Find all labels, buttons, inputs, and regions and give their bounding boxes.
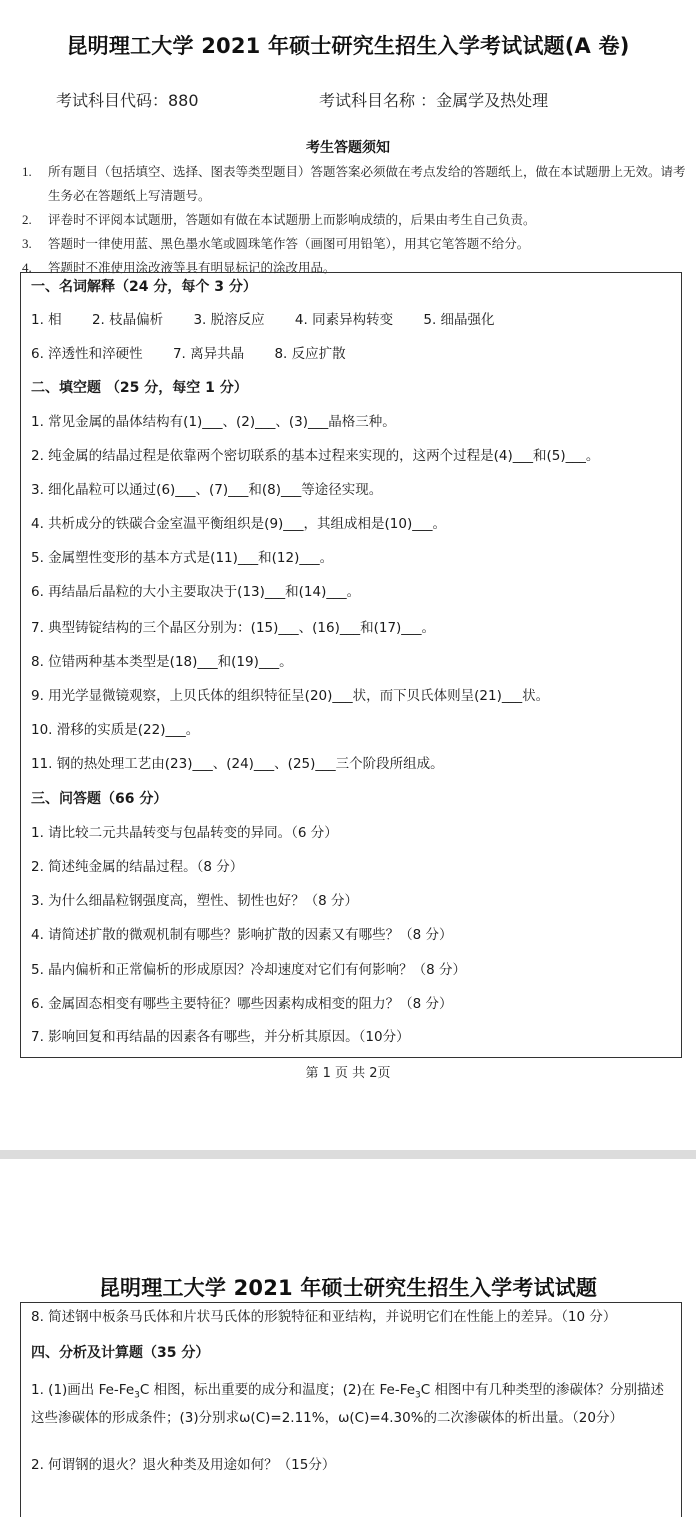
fill-blank-item: 8. 位错两种基本类型是(18)___和(19)___。 (31, 652, 676, 672)
term-item: 7. 离异共晶 (173, 344, 244, 364)
exam-page-1: 昆明理工大学 2021 年硕士研究生招生入学考试试题(A 卷) 考试科目代码：8… (0, 0, 696, 1150)
question-box-page-1: 一、名词解释（24 分，每个 3 分） 1. 相 2. 枝晶偏析 3. 脱溶反应… (20, 272, 682, 1058)
notice-item: 2. 评卷时不评阅本试题册，答题如有做在本试题册上而影响成绩的，后果由考生自己负… (0, 208, 696, 232)
fill-blank-item: 2. 纯金属的结晶过程是依靠两个密切联系的基本过程来实现的，这两个过程是(4)_… (31, 446, 676, 466)
question-text: C 相图，标出重要的成分和温度；(2)在 Fe-Fe (140, 1382, 415, 1398)
notice-title: 考生答题须知 (0, 137, 696, 157)
qa-item: 7. 影响回复和再结晶的因素各有哪些，并分析其原因。（10分） (31, 1027, 676, 1047)
term-item: 1. 相 (31, 310, 62, 330)
fill-blank-item: 7. 典型铸锭结构的三个晶区分别为：(15)___、(16)___和(17)__… (31, 618, 676, 638)
term-item: 6. 淬透性和淬硬性 (31, 344, 143, 364)
fill-blank-item: 11. 钢的热处理工艺由(23)___、(24)___、(25)___三个阶段所… (31, 754, 676, 774)
qa-item: 8. 简述钢中板条马氏体和片状马氏体的形貌特征和亚结构，并说明它们在性能上的差异… (31, 1307, 676, 1327)
qa-item: 3. 为什么细晶粒钢强度高，塑性、韧性也好？（8 分） (31, 891, 676, 911)
notice-item: 1. 所有题目（包括填空、选择、图表等类型题目）答题答案必须做在考点发给的答题纸… (0, 160, 696, 208)
qa-item: 4. 请简述扩散的微观机制有哪些？影响扩散的因素又有哪些？（8 分） (31, 925, 676, 945)
notice-number: 1. (22, 160, 32, 184)
notice-number: 2. (22, 208, 32, 232)
fill-blank-item: 6. 再结晶后晶粒的大小主要取决于(13)___和(14)___。 (31, 582, 676, 602)
fill-blank-item: 10. 滑移的实质是(22)___。 (31, 720, 676, 740)
section-heading-analysis: 四、分析及计算题（35 分） (31, 1343, 676, 1363)
qa-item: 1. 请比较二元共晶转变与包晶转变的异同。（6 分） (31, 823, 676, 843)
fill-blank-item: 3. 细化晶粒可以通过(6)___、(7)___和(8)___等途径实现。 (31, 480, 676, 500)
subject-code: 考试科目代码：880 (56, 88, 199, 111)
term-item: 4. 同素异构转变 (295, 310, 393, 330)
analysis-question-2: 2. 何谓钢的退火？退火种类及用途如何？（15分） (31, 1455, 676, 1475)
subject-info: 考试科目代码：880 考试科目名称 ：金属学及热处理 (56, 88, 656, 112)
term-item: 3. 脱溶反应 (193, 310, 264, 330)
term-item: 5. 细晶强化 (423, 310, 494, 330)
question-text: 1. (1)画出 Fe-Fe (31, 1382, 134, 1398)
notice-text: 所有题目（包括填空、选择、图表等类型题目）答题答案必须做在考点发给的答题纸上，做… (48, 160, 688, 208)
section-heading-fill-blank: 二、填空题 （25 分，每空 1 分） (31, 378, 676, 398)
notice-text: 评卷时不评阅本试题册，答题如有做在本试题册上而影响成绩的，后果由考生自己负责。 (48, 208, 688, 232)
qa-item: 2. 简述纯金属的结晶过程。（8 分） (31, 857, 676, 877)
qa-item: 5. 晶内偏析和正常偏析的形成原因？冷却速度对它们有何影响？（8 分） (31, 960, 676, 980)
section-heading-qa: 三、问答题（66 分） (31, 789, 676, 809)
fill-blank-item: 9. 用光学显微镜观察，上贝氏体的组织特征呈(20)___状，而下贝氏体则呈(2… (31, 686, 676, 706)
fill-blank-item: 4. 共析成分的铁碳合金室温平衡组织是(9)___，其组成相是(10)___。 (31, 514, 676, 534)
exam-title: 昆明理工大学 2021 年硕士研究生招生入学考试试题(A 卷) (0, 30, 696, 60)
fill-blank-item: 5. 金属塑性变形的基本方式是(11)___和(12)___。 (31, 548, 676, 568)
fill-blank-item: 1. 常见金属的晶体结构有(1)___、(2)___、(3)___晶格三种。 (31, 412, 676, 432)
notice-number: 3. (22, 232, 32, 256)
section-heading-terms: 一、名词解释（24 分，每个 3 分） (31, 277, 676, 297)
terms-row-2: 6. 淬透性和淬硬性 7. 离异共晶 8. 反应扩散 (31, 344, 676, 364)
subject-name: 考试科目名称 ：金属学及热处理 (319, 88, 548, 111)
question-box-page-2: 8. 简述钢中板条马氏体和片状马氏体的形貌特征和亚结构，并说明它们在性能上的差异… (20, 1302, 682, 1517)
exam-page-2: 昆明理工大学 2021 年硕士研究生招生入学考试试题 8. 简述钢中板条马氏体和… (0, 1159, 696, 1517)
notice-text: 答题时一律使用蓝、黑色墨水笔或圆珠笔作答（画图可用铅笔），用其它笔答题不给分。 (48, 232, 688, 256)
exam-title-page-2: 昆明理工大学 2021 年硕士研究生招生入学考试试题 (0, 1272, 696, 1302)
page-number: 第 1 页 共 2页 (0, 1062, 696, 1081)
notice-list: 1. 所有题目（包括填空、选择、图表等类型题目）答题答案必须做在考点发给的答题纸… (0, 160, 696, 280)
notice-item: 3. 答题时一律使用蓝、黑色墨水笔或圆珠笔作答（画图可用铅笔），用其它笔答题不给… (0, 232, 696, 256)
term-item: 2. 枝晶偏析 (92, 310, 163, 330)
terms-row-1: 1. 相 2. 枝晶偏析 3. 脱溶反应 4. 同素异构转变 5. 细晶强化 (31, 310, 676, 330)
analysis-question-1: 1. (1)画出 Fe-Fe3C 相图，标出重要的成分和温度；(2)在 Fe-F… (31, 1379, 676, 1429)
term-item: 8. 反应扩散 (274, 344, 345, 364)
page-separator (0, 1150, 696, 1159)
qa-item: 6. 金属固态相变有哪些主要特征？哪些因素构成相变的阻力？（8 分） (31, 994, 676, 1014)
